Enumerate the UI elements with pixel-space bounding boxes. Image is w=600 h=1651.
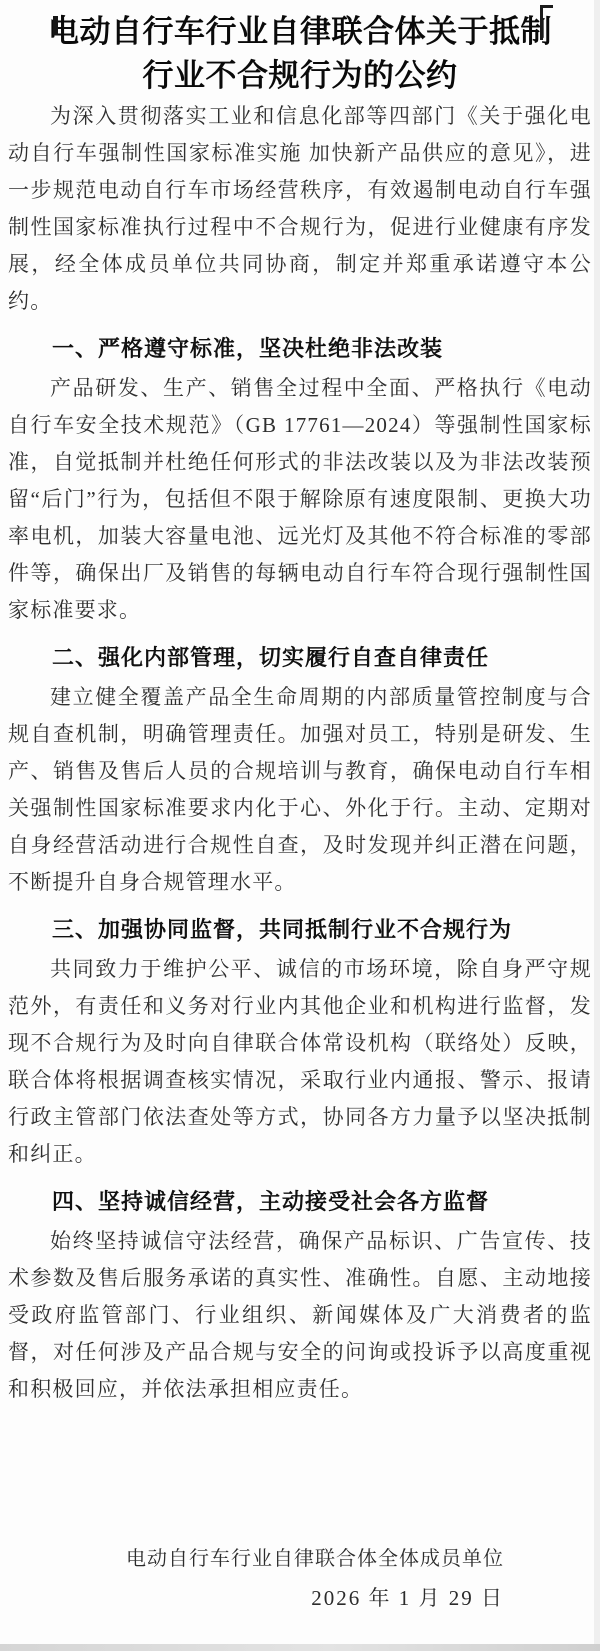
section-2-heading: 二、强化内部管理，切实履行自查自律责任 [8,641,592,675]
intro-paragraph: 为深入贯彻落实工业和信息化部等四部门《关于强化电动自行车强制性国家标准实施 加快… [8,98,592,320]
document-footer: 电动自行车行业自律联合体全体成员单位 2026 年 1 月 29 日 [8,1540,592,1618]
section-1-paragraph: 产品研发、生产、销售全过程中全面、严格执行《电动自行车安全技术规范》（GB 17… [8,370,592,629]
section-2-paragraph: 建立健全覆盖产品全生命周期的内部质量管控制度与合规自查机制，明确管理责任。加强对… [8,679,592,901]
scan-artifact-bracket [540,5,553,40]
document-title: 电动自行车行业自律联合体关于抵制 行业不合规行为的公约 [8,10,592,98]
section-1-heading: 一、严格遵守标准，坚决杜绝非法改装 [8,332,592,366]
document-page: 电动自行车行业自律联合体关于抵制 行业不合规行为的公约 为深入贯彻落实工业和信息… [0,0,600,1651]
signature-line: 电动自行车行业自律联合体全体成员单位 [8,1540,504,1578]
section-3-paragraph: 共同致力于维护公平、诚信的市场环境，除自身严守规范外，有责任和义务对行业内其他企… [8,951,592,1173]
section-2: 二、强化内部管理，切实履行自查自律责任 建立健全覆盖产品全生命周期的内部质量管控… [8,641,592,901]
section-3: 三、加强协同监督，共同抵制行业不合规行为 共同致力于维护公平、诚信的市场环境，除… [8,913,592,1173]
section-4-paragraph: 始终坚持诚信守法经营，确保产品标识、广告宣传、技术参数及售后服务承诺的真实性、准… [8,1223,592,1408]
document-title-line2: 行业不合规行为的公约 [8,54,592,98]
scan-artifact-bottom-edge [0,1644,600,1651]
scan-artifact-right-edge [594,0,600,1651]
section-4: 四、坚持诚信经营，主动接受社会各方监督 始终坚持诚信守法经营，确保产品标识、广告… [8,1185,592,1408]
date-line: 2026 年 1 月 29 日 [8,1578,504,1618]
section-3-heading: 三、加强协同监督，共同抵制行业不合规行为 [8,913,592,947]
scan-artifact-tick [53,16,58,35]
section-4-heading: 四、坚持诚信经营，主动接受社会各方监督 [8,1185,592,1219]
document-title-line1: 电动自行车行业自律联合体关于抵制 [8,10,592,54]
section-1: 一、严格遵守标准，坚决杜绝非法改装 产品研发、生产、销售全过程中全面、严格执行《… [8,332,592,629]
